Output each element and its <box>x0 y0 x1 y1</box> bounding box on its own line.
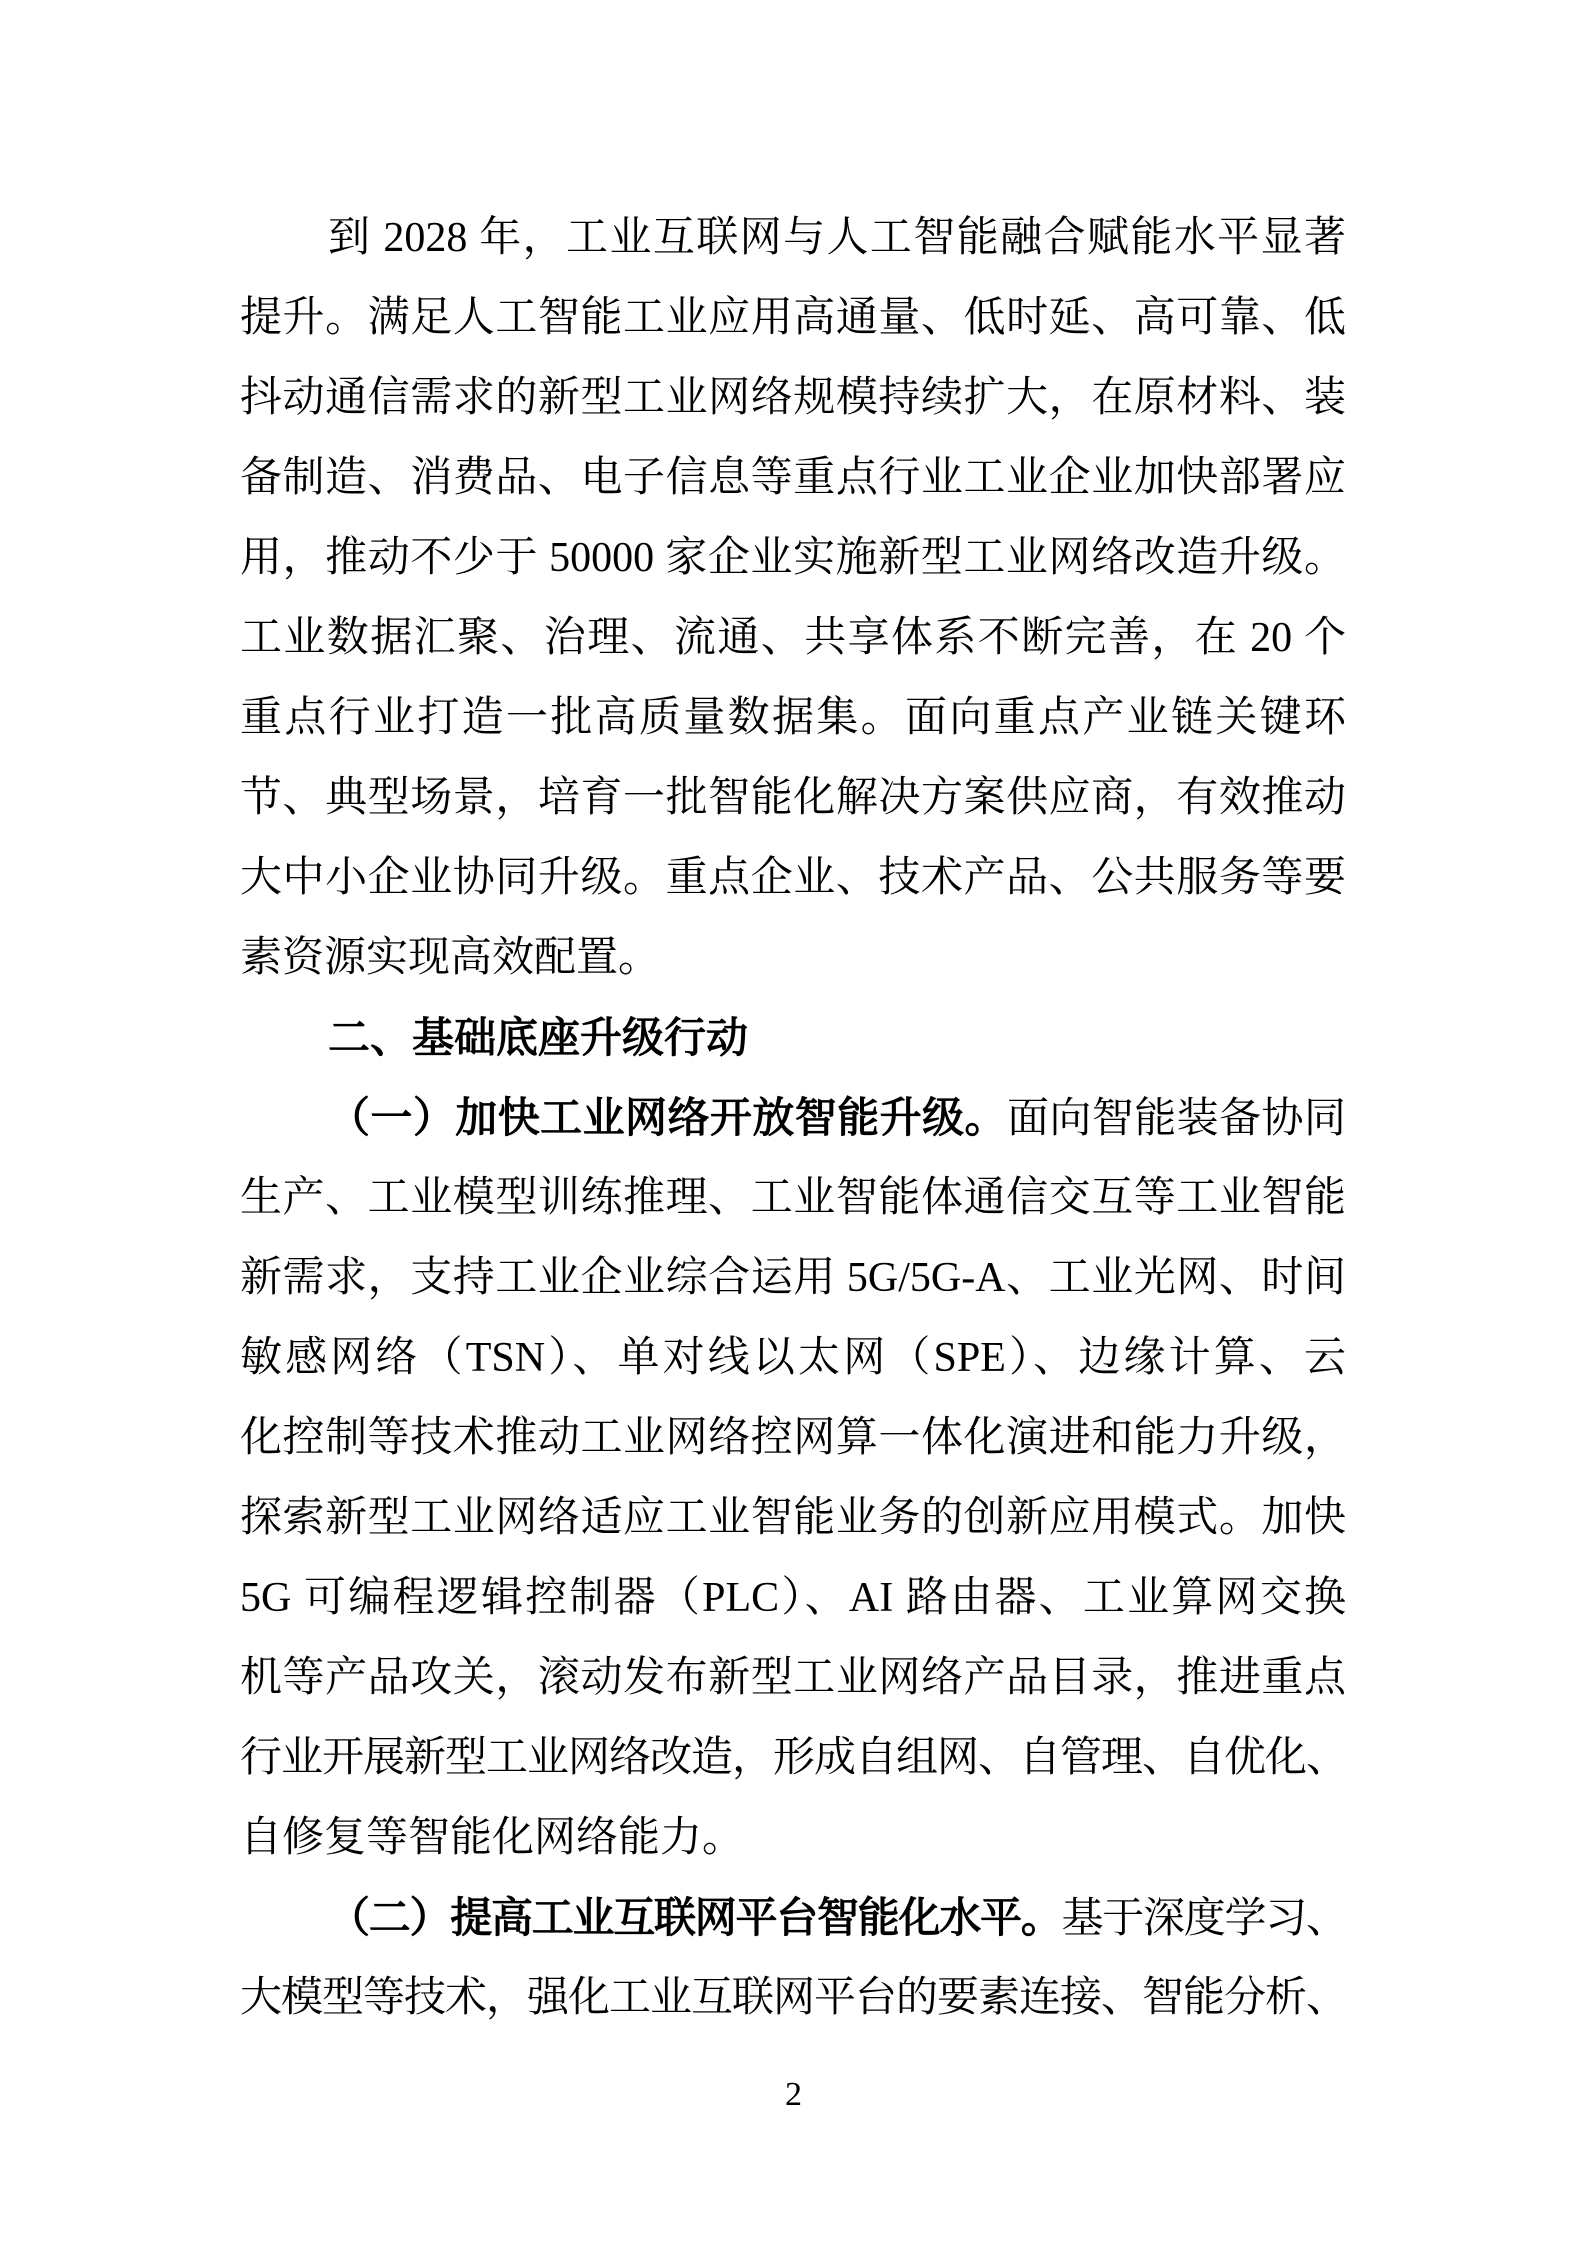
document-page: 到 2028 年，工业互联网与人工智能融合赋能水平显著 提升。满足人工智能工业应… <box>0 0 1587 2245</box>
text-line: 备制造、消费品、电子信息等重点行业工业企业加快部署应 <box>240 438 1346 518</box>
text-line: 重点行业打造一批高质量数据集。面向重点产业链关键环 <box>240 678 1346 758</box>
subsection-heading-run: （二）提高工业互联网平台智能化水平。 <box>328 1894 1061 1941</box>
page-number: 2 <box>0 2058 1587 2132</box>
text-line: 敏感网络（TSN）、单对线以太网（SPE）、边缘计算、云 <box>240 1318 1346 1398</box>
text-line: 5G 可编程逻辑控制器（PLC）、AI 路由器、工业算网交换 <box>240 1558 1346 1638</box>
text-line: 大中小企业协同升级。重点企业、技术产品、公共服务等要 <box>240 838 1346 918</box>
text-line: 用，推动不少于 50000 家企业实施新型工业网络改造升级。 <box>240 518 1346 598</box>
subsection-heading-run: （一）加快工业网络开放智能升级。 <box>328 1094 1007 1141</box>
text-line: （一）加快工业网络开放智能升级。面向智能装备协同 <box>240 1078 1346 1158</box>
text-line: 工业数据汇聚、治理、流通、共享体系不断完善，在 20 个 <box>240 598 1346 678</box>
text-line: 自修复等智能化网络能力。 <box>240 1798 1346 1878</box>
text-line: 提升。满足人工智能工业应用高通量、低时延、高可靠、低 <box>240 278 1346 358</box>
text-line: 机等产品攻关，滚动发布新型工业网络产品目录，推进重点 <box>240 1638 1346 1718</box>
text-line: 化控制等技术推动工业网络控网算一体化演进和能力升级， <box>240 1398 1346 1478</box>
section-heading: 二、基础底座升级行动 <box>240 998 1346 1078</box>
text-line: 大模型等技术，强化工业互联网平台的要素连接、智能分析、 <box>240 1958 1346 2038</box>
text-line: 到 2028 年，工业互联网与人工智能融合赋能水平显著 <box>240 198 1346 278</box>
text-line: 新需求，支持工业企业综合运用 5G/5G-A、工业光网、时间 <box>240 1238 1346 1318</box>
body-run: 基于深度学习、 <box>1061 1896 1346 1942</box>
text-line: 生产、工业模型训练推理、工业智能体通信交互等工业智能 <box>240 1158 1346 1238</box>
text-line: 素资源实现高效配置。 <box>240 918 1346 998</box>
document-body: 到 2028 年，工业互联网与人工智能融合赋能水平显著 提升。满足人工智能工业应… <box>240 198 1346 2038</box>
text-line: （二）提高工业互联网平台智能化水平。基于深度学习、 <box>240 1878 1346 1958</box>
text-line: 节、典型场景，培育一批智能化解决方案供应商，有效推动 <box>240 758 1346 838</box>
body-run: 面向智能装备协同 <box>1007 1096 1346 1142</box>
text-line: 行业开展新型工业网络改造，形成自组网、自管理、自优化、 <box>240 1718 1346 1798</box>
text-line: 探索新型工业网络适应工业智能业务的创新应用模式。加快 <box>240 1478 1346 1558</box>
text-line: 抖动通信需求的新型工业网络规模持续扩大，在原材料、装 <box>240 358 1346 438</box>
